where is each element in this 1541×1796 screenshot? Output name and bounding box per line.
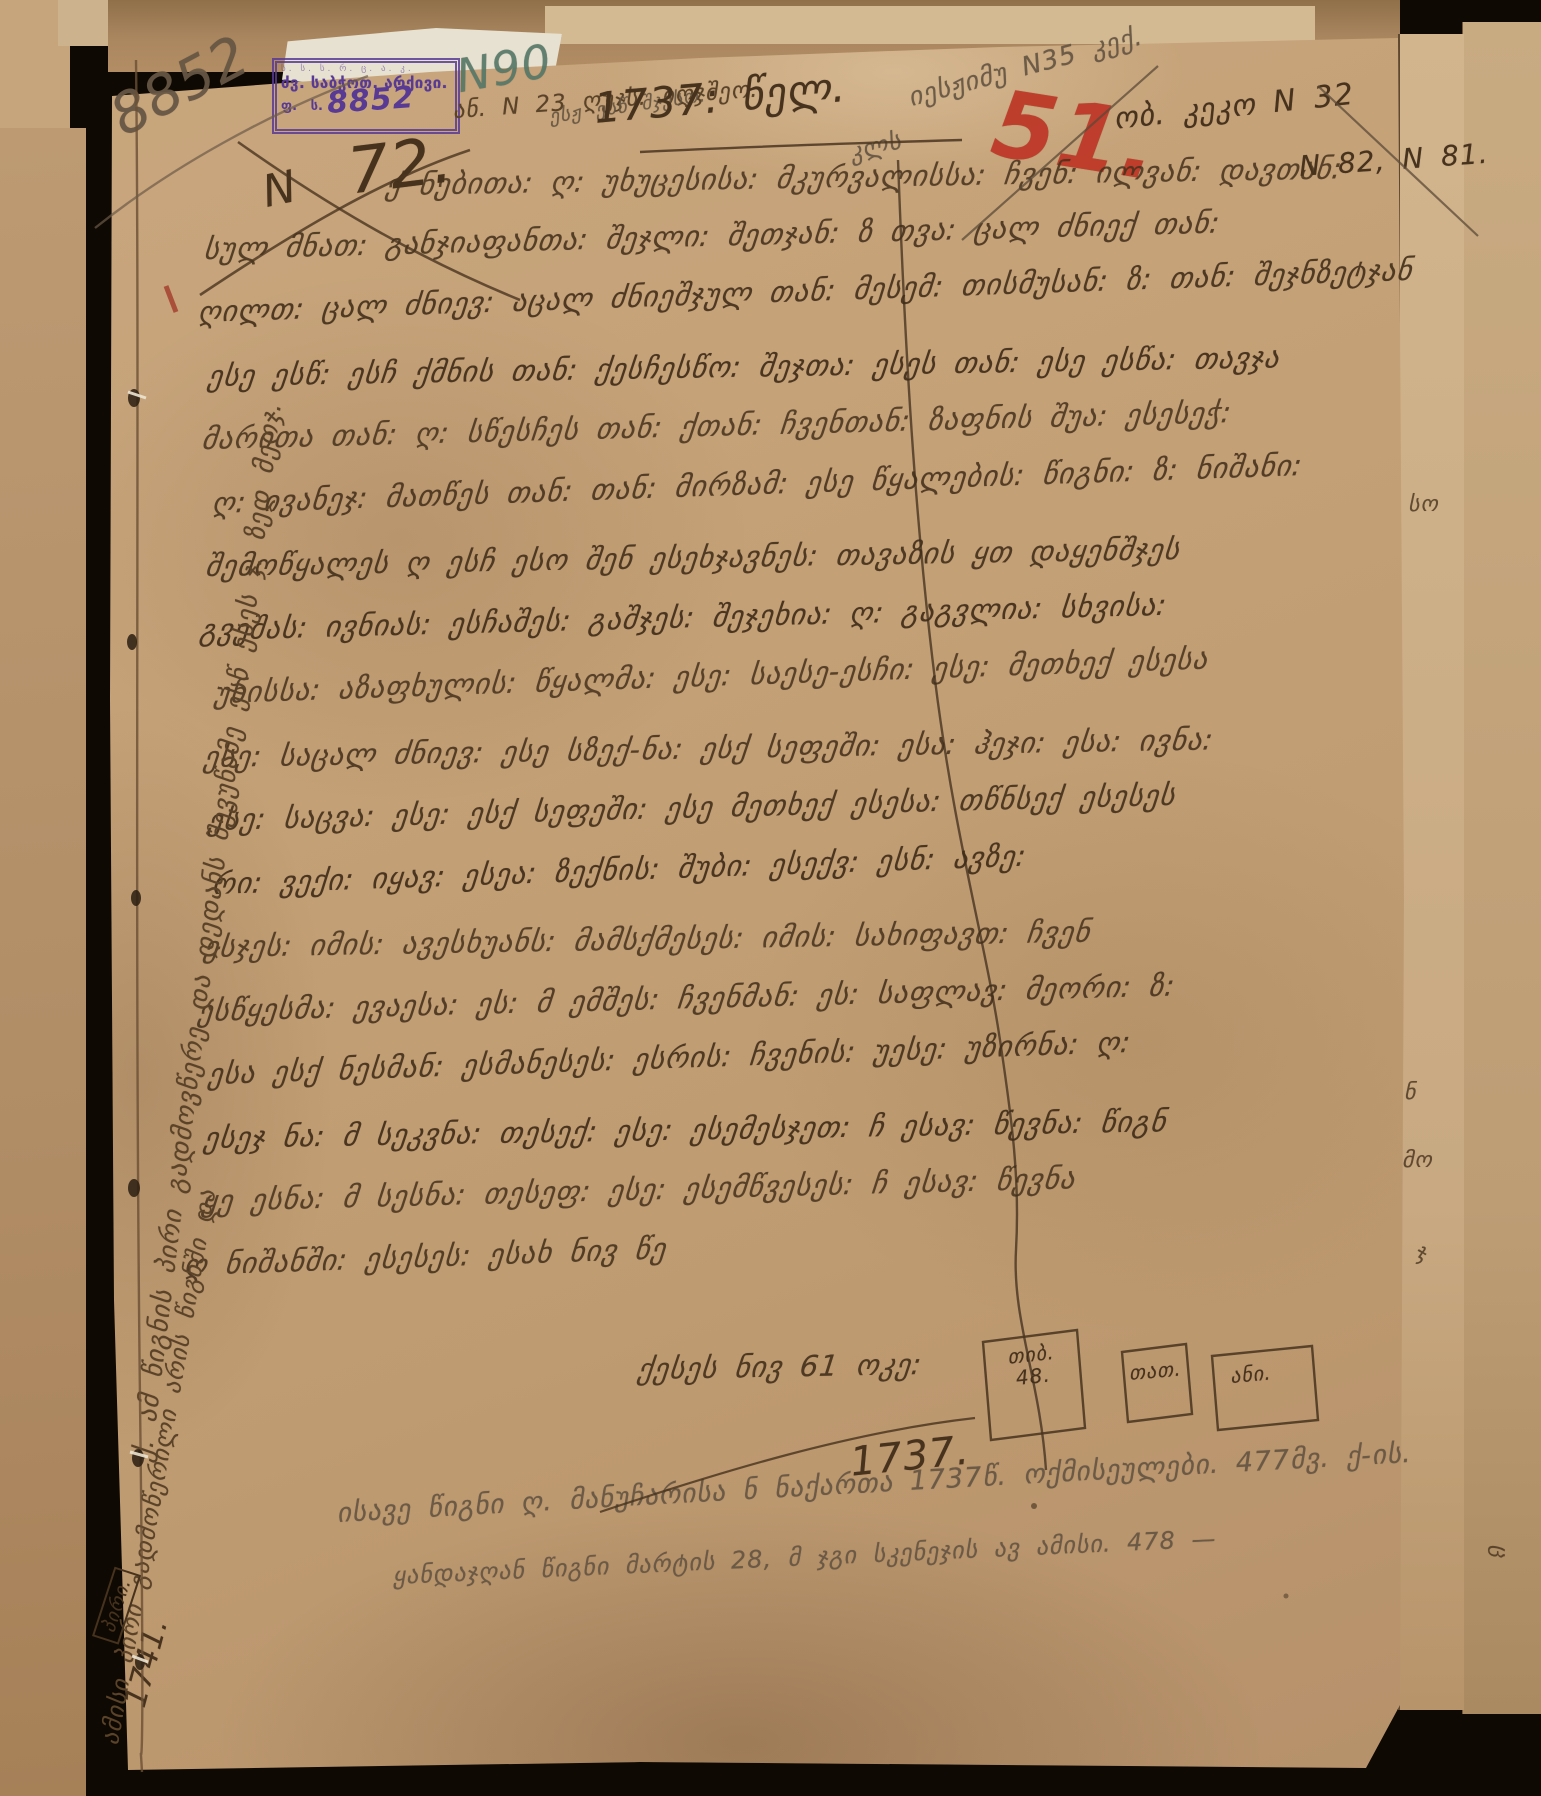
edge-glyph: ჯ [1416, 1240, 1427, 1265]
stamp-row-faint: ს. ს. ს. რ. ც. ა. კ. [281, 64, 451, 74]
edge-glyph: ნ [1404, 1080, 1417, 1105]
stamp-number-row: ფ. ს. 8852 [281, 93, 451, 115]
stacked-pages-light-edge [545, 6, 1315, 44]
edge-glyph: ც [1487, 1545, 1512, 1559]
scanned-manuscript-page: ს. ს. ს. რ. ც. ა. კ. ძვ. საბჭოთ. არქივი.… [0, 0, 1541, 1796]
total-box-1: თიბ. 48. [986, 1339, 1078, 1392]
total-box-2-label: თათ. [1128, 1357, 1182, 1383]
next-page-edge-outer [1462, 22, 1541, 1714]
edge-glyph: მო [1402, 1148, 1433, 1173]
edge-glyph: სო [1408, 492, 1439, 517]
stamp-fund-prefix: ფ. [281, 99, 297, 114]
archive-stamp: ს. ს. ს. რ. ც. ა. კ. ძვ. საბჭოთ. არქივი.… [272, 58, 460, 134]
total-box-2: თათ. [1128, 1357, 1182, 1383]
stamp-series-prefix: ს. [311, 99, 323, 114]
underlying-page-left-edge [0, 128, 86, 1796]
handwriting-line: ქესეს ნივ 61 ოკე: [636, 1347, 924, 1386]
stamp-number: 8852 [327, 90, 415, 112]
